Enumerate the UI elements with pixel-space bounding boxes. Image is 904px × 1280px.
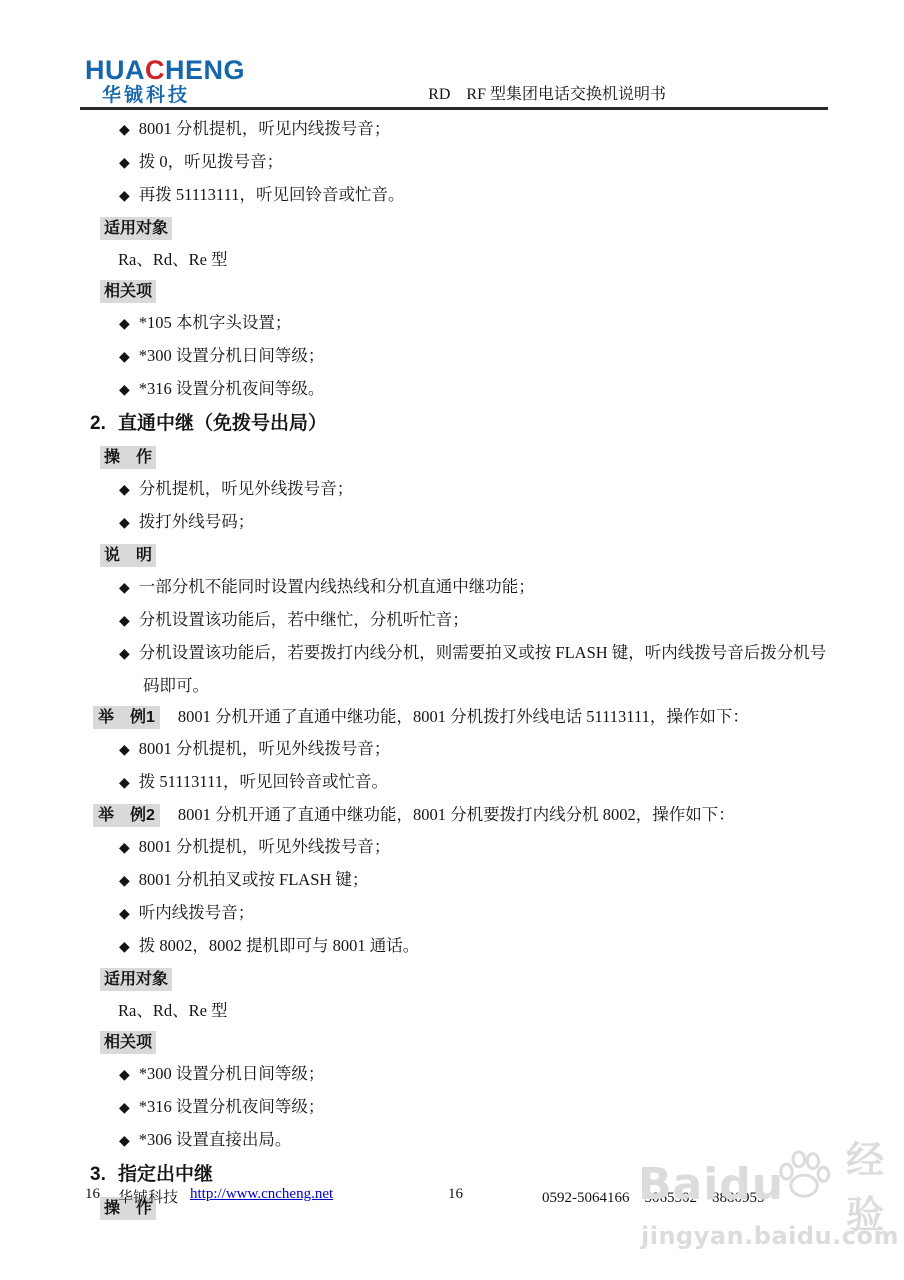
document-title: RD RF 型集团电话交换机说明书	[428, 83, 666, 107]
note-label: 说 明	[100, 544, 156, 567]
diamond-bullet-icon: ◆	[119, 1100, 130, 1116]
related-items-row: 相关项	[80, 275, 828, 307]
section-title: 指定出中继	[118, 1164, 213, 1185]
section-heading-2: 2.直通中继（免拨号出局）	[80, 406, 828, 441]
related-items-row: 相关项	[80, 1026, 828, 1058]
diamond-bullet-icon: ◆	[119, 939, 130, 955]
applicable-target-label: 适用对象	[100, 217, 172, 240]
bullet-text: *316 设置分机夜间等级。	[139, 379, 325, 398]
bullet-item: ◆一部分机不能同时设置内线热线和分机直通中继功能；	[80, 571, 828, 604]
example-1-label: 举 例1	[93, 706, 160, 729]
bullet-text: *300 设置分机日间等级；	[139, 1064, 325, 1083]
bullet-text: 分机设置该功能后，若要拨打内线分机，则需要拍叉或按 FLASH 键，听内线拨号音…	[139, 643, 827, 695]
diamond-bullet-icon: ◆	[119, 613, 130, 629]
bullet-text: 分机提机，听见外线拨号音；	[139, 479, 354, 498]
example-2-row: 举 例28001 分机开通了直通中继功能，8001 分机要拨打内线分机 8002…	[80, 799, 828, 831]
page-header: HUACHENG 华铖科技 RD RF 型集团电话交换机说明书	[80, 0, 828, 110]
diamond-bullet-icon: ◆	[119, 775, 130, 791]
bullet-text: 8001 分机拍叉或按 FLASH 键；	[139, 870, 369, 889]
bullet-item: ◆分机提机，听见外线拨号音；	[80, 473, 828, 506]
section-number: 2.	[90, 406, 118, 441]
diamond-bullet-icon: ◆	[119, 1067, 130, 1083]
bullet-text: 分机设置该功能后，若中继忙，分机听忙音；	[139, 610, 469, 629]
diamond-bullet-icon: ◆	[119, 515, 130, 531]
diamond-bullet-icon: ◆	[119, 382, 130, 398]
diamond-bullet-icon: ◆	[119, 873, 130, 889]
bullet-item: ◆拨 0，听见拨号音；	[80, 146, 828, 179]
bullet-text: 拨 8002，8002 提机即可与 8001 通话。	[139, 936, 420, 955]
note-row: 说 明	[80, 539, 828, 571]
baidu-wordmark: Baidu	[638, 1159, 784, 1210]
diamond-bullet-icon: ◆	[119, 1133, 130, 1149]
applicable-target-row: 适用对象	[80, 212, 828, 244]
bullet-item: ◆拨打外线号码；	[80, 506, 828, 539]
bullet-text: *300 设置分机日间等级；	[139, 346, 325, 365]
bullet-text: 8001 分机提机，听见外线拨号音；	[139, 739, 391, 758]
operation-row: 操 作	[80, 441, 828, 473]
watermark-logo-row: Baidu 经验	[638, 1146, 902, 1222]
bullet-item: ◆8001 分机拍叉或按 FLASH 键；	[80, 864, 828, 897]
bullet-item: ◆拨 51113111，听见回铃音或忙音。	[80, 766, 828, 799]
diamond-bullet-icon: ◆	[119, 188, 130, 204]
diamond-bullet-icon: ◆	[119, 742, 130, 758]
baidu-paw-icon	[776, 1147, 832, 1205]
bullet-text: *306 设置直接出局。	[139, 1130, 292, 1149]
logo-wordmark-post: HENG	[165, 55, 245, 85]
baidu-jingyan-watermark: Baidu 经验 jingyan.baidu.com	[638, 1146, 902, 1250]
bullet-text: 拨 51113111，听见回铃音或忙音。	[139, 772, 388, 791]
diamond-bullet-icon: ◆	[119, 646, 130, 662]
bullet-item: ◆*105 本机字头设置；	[80, 307, 828, 340]
bullet-text: 听内线拨号音；	[139, 903, 255, 922]
diamond-bullet-icon: ◆	[119, 316, 130, 332]
diamond-bullet-icon: ◆	[119, 580, 130, 596]
example-1-text: 8001 分机开通了直通中继功能，8001 分机拨打外线电话 51113111，…	[178, 707, 749, 726]
bullet-item: ◆8001 分机提机，听见外线拨号音；	[80, 733, 828, 766]
diamond-bullet-icon: ◆	[119, 122, 130, 138]
bullet-item: ◆*316 设置分机夜间等级；	[80, 1091, 828, 1124]
bullet-text: 8001 分机提机，听见内线拨号音；	[139, 119, 391, 138]
bullet-item: ◆*316 设置分机夜间等级。	[80, 373, 828, 406]
applicable-target-label: 适用对象	[100, 968, 172, 991]
logo-wordmark-accent: C	[145, 55, 165, 85]
example-1-row: 举 例18001 分机开通了直通中继功能，8001 分机拨打外线电话 51113…	[80, 701, 828, 733]
bullet-item: ◆分机设置该功能后，若要拨打内线分机，则需要拍叉或按 FLASH 键，听内线拨号…	[80, 637, 828, 701]
footer-company-name: 华铖科技	[118, 1186, 178, 1207]
bullet-text: 拨 0，听见拨号音；	[139, 152, 283, 171]
bullet-text: 一部分机不能同时设置内线热线和分机直通中继功能；	[139, 577, 535, 596]
footer-page-number-left: 16	[85, 1186, 100, 1203]
applicable-target-value: Ra、Rd、Re 型	[80, 995, 828, 1026]
footer-website-link[interactable]: http://www.cncheng.net	[190, 1186, 333, 1203]
logo-wordmark: HUACHENG	[85, 57, 245, 84]
related-items-label: 相关项	[100, 280, 156, 303]
footer-page-number-center: 16	[448, 1186, 463, 1203]
diamond-bullet-icon: ◆	[119, 155, 130, 171]
bullet-item: ◆*300 设置分机日间等级；	[80, 1058, 828, 1091]
related-items-label: 相关项	[100, 1031, 156, 1054]
diamond-bullet-icon: ◆	[119, 906, 130, 922]
bullet-item: ◆*300 设置分机日间等级；	[80, 340, 828, 373]
diamond-bullet-icon: ◆	[119, 840, 130, 856]
bullet-item: ◆8001 分机提机，听见内线拨号音；	[80, 113, 828, 146]
example-2-text: 8001 分机开通了直通中继功能，8001 分机要拨打内线分机 8002，操作如…	[178, 805, 735, 824]
watermark-url: jingyan.baidu.com	[638, 1222, 902, 1250]
applicable-target-value: Ra、Rd、Re 型	[80, 244, 828, 275]
logo-wordmark-pre: HUA	[85, 55, 145, 85]
bullet-text: 再拨 51113111，听见回铃音或忙音。	[139, 185, 405, 204]
document-body: ◆8001 分机提机，听见内线拨号音； ◆拨 0，听见拨号音； ◆再拨 5111…	[80, 110, 828, 1224]
example-2-label: 举 例2	[93, 804, 160, 827]
huacheng-logo: HUACHENG 华铖科技	[80, 57, 245, 107]
bullet-item: ◆8001 分机提机，听见外线拨号音；	[80, 831, 828, 864]
bullet-text: 拨打外线号码；	[139, 512, 255, 531]
applicable-target-row: 适用对象	[80, 963, 828, 995]
bullet-text: *316 设置分机夜间等级；	[139, 1097, 325, 1116]
section-title: 直通中继（免拨号出局）	[118, 413, 327, 434]
bullet-item: ◆分机设置该功能后，若中继忙，分机听忙音；	[80, 604, 828, 637]
diamond-bullet-icon: ◆	[119, 349, 130, 365]
bullet-text: *105 本机字头设置；	[139, 313, 292, 332]
bullet-item: ◆拨 8002，8002 提机即可与 8001 通话。	[80, 930, 828, 963]
bullet-item: ◆再拨 51113111，听见回铃音或忙音。	[80, 179, 828, 212]
diamond-bullet-icon: ◆	[119, 482, 130, 498]
bullet-item: ◆听内线拨号音；	[80, 897, 828, 930]
operation-label: 操 作	[100, 446, 156, 469]
logo-chinese-name: 华铖科技	[85, 84, 245, 107]
bullet-text: 8001 分机提机，听见外线拨号音；	[139, 837, 391, 856]
